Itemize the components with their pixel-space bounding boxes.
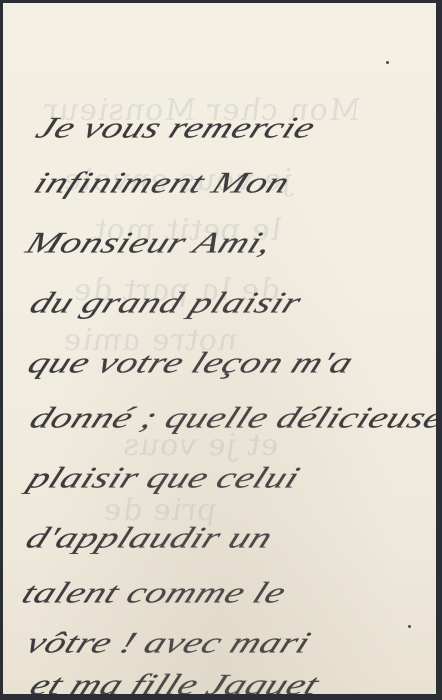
letter-page: Mon cher Monsieur je vous envoie le peti…: [3, 3, 436, 694]
letter-line-9: talent comme le: [17, 575, 292, 610]
letter-line-4: du grand plaisir: [25, 285, 307, 320]
ink-spot: [408, 625, 411, 628]
letter-line-10: vôtre ! avec mari: [21, 625, 317, 660]
letter-line-11: et ma fille Jaquet: [25, 667, 325, 694]
letter-line-8: d'applaudir un: [21, 520, 279, 555]
letter-line-1: Je vous remercie: [31, 110, 321, 145]
letter-line-6: donné ; quelle délicieuse: [25, 400, 436, 435]
letter-line-3: Monsieur Ami,: [21, 225, 279, 260]
letter-line-7: plaisir que celui: [23, 460, 306, 495]
letter-line-5: que votre leçon m'a: [23, 345, 359, 380]
letter-line-2: infiniment Mon: [29, 165, 296, 200]
ink-spot: [386, 61, 389, 64]
